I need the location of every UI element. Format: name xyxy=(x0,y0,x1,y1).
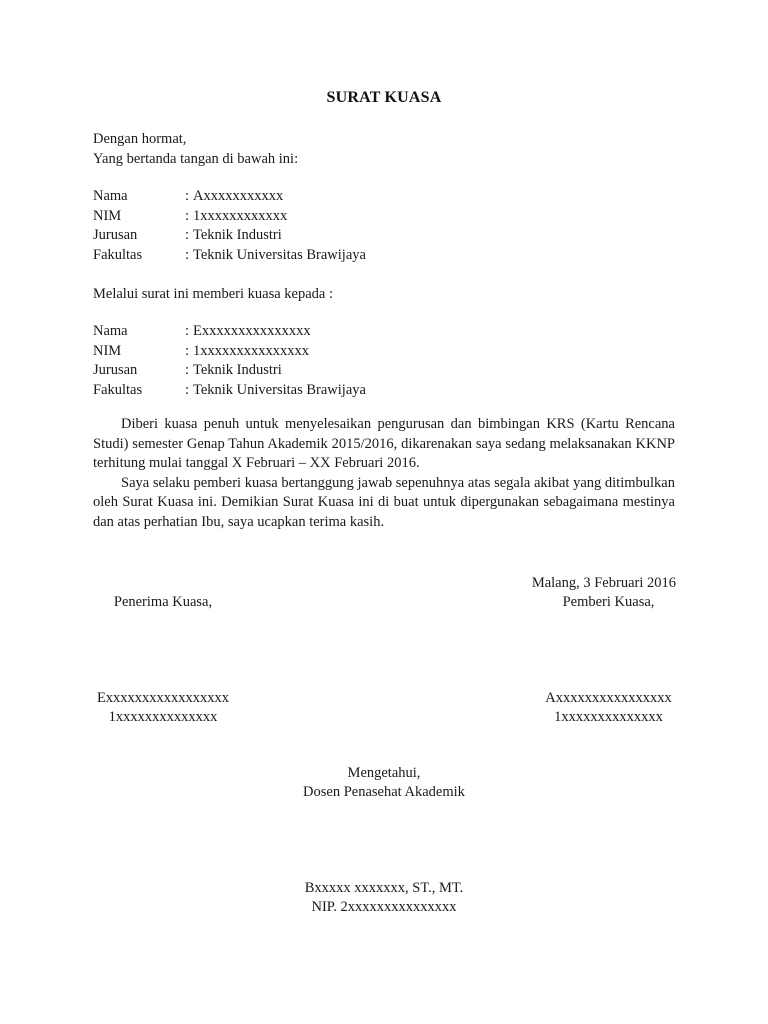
letter-body: Diberi kuasa penuh untuk menyelesaikan p… xyxy=(93,415,675,532)
field-separator: : xyxy=(185,361,193,381)
field-label: Fakultas xyxy=(93,246,185,266)
acknowledgement-label: Mengetahui, xyxy=(0,764,768,784)
field-separator: : xyxy=(185,246,193,266)
field-separator: : xyxy=(185,342,193,362)
grantee-field-fakultas: Fakultas : Teknik Universitas Brawijaya xyxy=(93,381,366,401)
body-paragraph: Saya selaku pemberi kuasa bertanggung ja… xyxy=(93,474,675,533)
field-label: Nama xyxy=(93,187,185,207)
grantor-signature-title: Pemberi Kuasa, xyxy=(541,593,676,613)
advisor-name: Bxxxxx xxxxxxx, ST., MT. xyxy=(0,879,768,899)
field-label: Fakultas xyxy=(93,381,185,401)
grantor-field-name: Nama : Axxxxxxxxxxx xyxy=(93,187,366,207)
field-value: Exxxxxxxxxxxxxxx xyxy=(193,322,311,342)
field-label: NIM xyxy=(93,207,185,227)
grantee-signature-name: Exxxxxxxxxxxxxxxxx xyxy=(93,689,233,709)
document-title: SURAT KUASA xyxy=(0,88,768,108)
grantor-fields: Nama : Axxxxxxxxxxx NIM : 1xxxxxxxxxxxx … xyxy=(93,187,366,265)
greeting-block: Dengan hormat, Yang bertanda tangan di b… xyxy=(93,130,298,169)
grantee-field-jurusan: Jurusan : Teknik Industri xyxy=(93,361,366,381)
grantee-signature-title: Penerima Kuasa, xyxy=(93,593,233,613)
field-value: Teknik Industri xyxy=(193,361,282,381)
place-date: Malang, 3 Februari 2016 xyxy=(532,574,676,594)
field-label: Nama xyxy=(93,322,185,342)
grantee-field-name: Nama : Exxxxxxxxxxxxxxx xyxy=(93,322,366,342)
field-separator: : xyxy=(185,381,193,401)
grantor-signature-id: 1xxxxxxxxxxxxxx xyxy=(541,708,676,728)
field-value: Axxxxxxxxxxx xyxy=(193,187,283,207)
field-separator: : xyxy=(185,322,193,342)
grant-intro: Melalui surat ini memberi kuasa kepada : xyxy=(93,285,333,305)
letter-page: SURAT KUASA Dengan hormat, Yang bertanda… xyxy=(0,0,768,1024)
field-separator: : xyxy=(185,187,193,207)
field-label: Jurusan xyxy=(93,226,185,246)
body-paragraph: Diberi kuasa penuh untuk menyelesaikan p… xyxy=(93,415,675,474)
grantor-signature-name: Axxxxxxxxxxxxxxxx xyxy=(541,689,676,709)
grantee-signature-id: 1xxxxxxxxxxxxxx xyxy=(93,708,233,728)
grantor-field-nim: NIM : 1xxxxxxxxxxxx xyxy=(93,207,366,227)
field-label: Jurusan xyxy=(93,361,185,381)
field-value: Teknik Industri xyxy=(193,226,282,246)
intro-text: Yang bertanda tangan di bawah ini: xyxy=(93,150,298,170)
field-value: Teknik Universitas Brawijaya xyxy=(193,381,366,401)
grantor-field-jurusan: Jurusan : Teknik Industri xyxy=(93,226,366,246)
advisor-role: Dosen Penasehat Akademik xyxy=(0,783,768,803)
field-label: NIM xyxy=(93,342,185,362)
grantee-field-nim: NIM : 1xxxxxxxxxxxxxxx xyxy=(93,342,366,362)
grantee-fields: Nama : Exxxxxxxxxxxxxxx NIM : 1xxxxxxxxx… xyxy=(93,322,366,400)
advisor-nip: NIP. 2xxxxxxxxxxxxxxx xyxy=(0,898,768,918)
field-value: 1xxxxxxxxxxxx xyxy=(193,207,287,227)
grantor-field-fakultas: Fakultas : Teknik Universitas Brawijaya xyxy=(93,246,366,266)
field-value: 1xxxxxxxxxxxxxxx xyxy=(193,342,309,362)
greeting-text: Dengan hormat, xyxy=(93,130,298,150)
field-separator: : xyxy=(185,207,193,227)
field-value: Teknik Universitas Brawijaya xyxy=(193,246,366,266)
field-separator: : xyxy=(185,226,193,246)
